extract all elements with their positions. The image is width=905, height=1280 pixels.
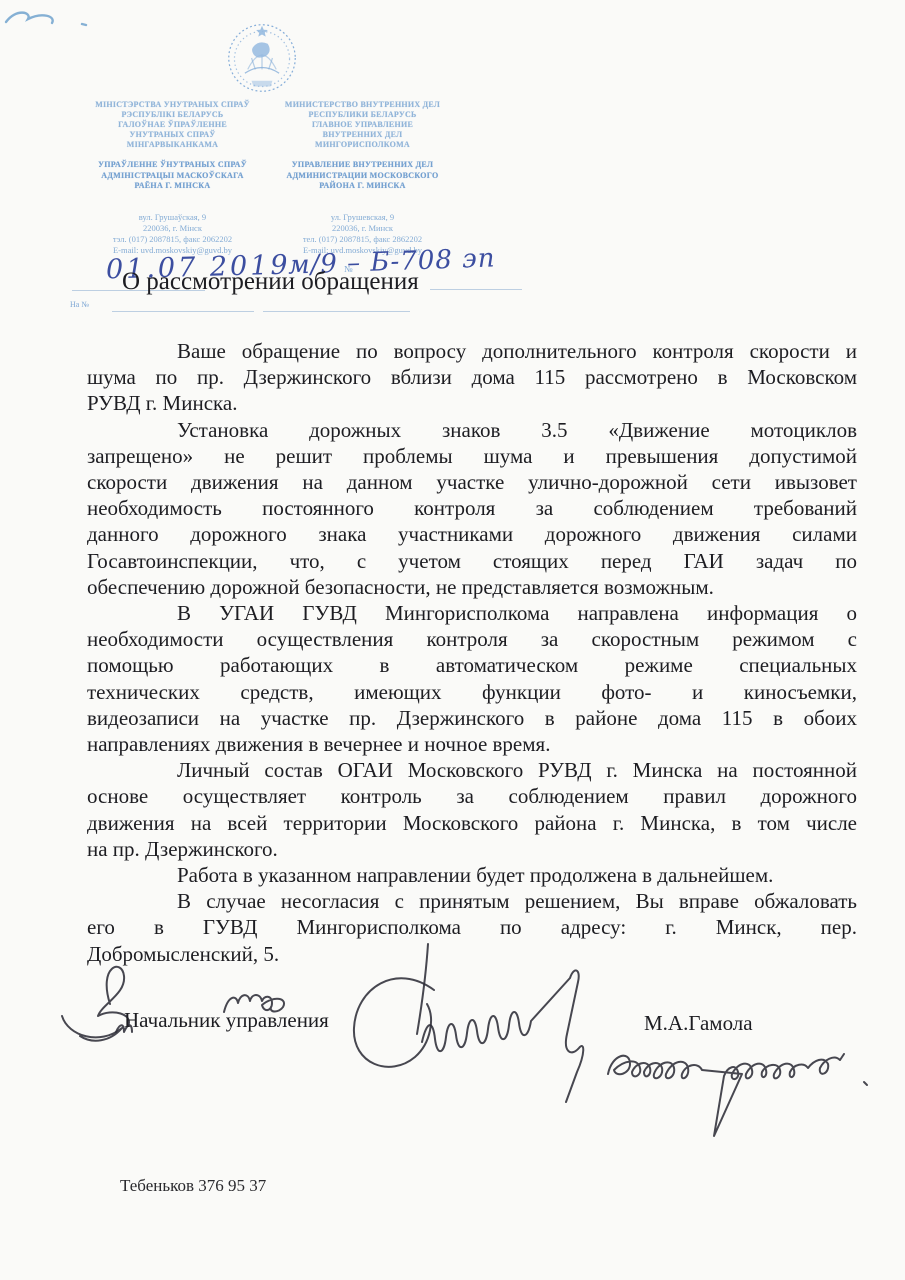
executor-contact: Тебеньков 376 95 37 [120,1176,266,1196]
body-line: Ваше обращение по вопросу дополнительног… [87,338,857,364]
letterhead-line: ГАЛОЎНАЕ ЎПРАЎЛЕННЕ [65,120,280,130]
body-line: данного дорожного знака участниками доро… [87,521,857,547]
paragraph: Личный состав ОГАИ Московского РУВД г. М… [87,757,857,862]
letterhead-line: РЭСПУБЛІКІ БЕЛАРУСЬ [65,110,280,120]
letterhead-line: 220036, г. Минск [255,223,470,234]
form-line-na-no-2 [263,311,410,312]
pencil-smudge [2,4,102,36]
letterhead-address-belarusian: вул. Грушаўская, 9220036, г. Мінсктэл. (… [65,212,280,256]
body-line: Установка дорожных знаков 3.5 «Движение … [87,417,857,443]
letterhead-line: УПРАВЛЕНИЕ ВНУТРЕННИХ ДЕЛ [255,160,470,171]
body-line: основе осуществляет контроль за соблюден… [87,783,857,809]
letterhead-ministry-belarusian: МІНІСТЭРСТВА УНУТРАНЫХ СПРАЎРЭСПУБЛІКІ Б… [65,100,280,150]
letterhead-line: АДМИНИСТРАЦИИ МОСКОВСКОГО [255,171,470,182]
body-line: движения на всей территории Московского … [87,810,857,836]
letterhead-ministry-russian: МИНИСТЕРСТВО ВНУТРЕННИХ ДЕЛРЕСПУБЛИКИ БЕ… [255,100,470,150]
letterhead-line: ул. Грушевская, 9 [255,212,470,223]
body-line: шума по пр. Дзержинского вблизи дома 115… [87,364,857,390]
letterhead-line: МІНІСТЭРСТВА УНУТРАНЫХ СПРАЎ [65,100,280,110]
body-line: обеспечению дорожной безопасности, не пр… [87,574,857,600]
form-line-number [430,289,522,290]
signer-position-title: Начальник управления [124,1008,329,1033]
handwritten-flourish-left [58,958,183,1050]
body-line: необходимость постоянного контроля за со… [87,495,857,521]
body-line: Работа в указанном направлении будет про… [87,862,857,888]
subject-line: О рассмотрении обращения [122,268,419,296]
letterhead-line: МИНГОРИСПОЛКОМА [255,140,470,150]
letterhead-line: МИНИСТЕРСТВО ВНУТРЕННИХ ДЕЛ [255,100,470,110]
signature-image [338,942,600,1110]
letterhead-line: РЕСПУБЛИКИ БЕЛАРУСЬ [255,110,470,120]
body-line: технических средств, имеющих функции фот… [87,679,857,705]
letterhead-line: ГЛАВНОЕ УПРАВЛЕНИЕ [255,120,470,130]
form-line-na-no-1 [112,311,254,312]
letterhead-line: 220036, г. Мінск [65,223,280,234]
body-line: направлениях движения в вечернее и ночно… [87,731,857,757]
paragraph: Ваше обращение по вопросу дополнительног… [87,338,857,417]
paragraph: Работа в указанном направлении будет про… [87,862,857,888]
body-line: его в ГУВД Мингорисполкома по адресу: г.… [87,914,857,940]
body-line: РУВД г. Минска. [87,390,857,416]
na-number-label: На № [70,300,89,309]
letterhead-line: МІНГАРВЫКАНКАМА [65,140,280,150]
body-line: Госавтоинспекции, что, с учетом стоящих … [87,548,857,574]
letterhead-line: вул. Грушаўская, 9 [65,212,280,223]
body-line: скорости движения на данном участке улич… [87,469,857,495]
letterhead-department-russian: УПРАВЛЕНИЕ ВНУТРЕННИХ ДЕЛАДМИНИСТРАЦИИ М… [255,160,470,192]
letterhead-line: УПРАЎЛЕННЕ ЎНУТРАНЫХ СПРАЎ [65,160,280,171]
letterhead-line: тэл. (017) 2087815, факс 2062202 [65,234,280,245]
body-line: В УГАИ ГУВД Мингорисполкома направлена и… [87,600,857,626]
body-line: В случае несогласия с принятым решением,… [87,888,857,914]
letterhead-line: тел. (017) 2087815, факс 2862202 [255,234,470,245]
letterhead-line: АДМІНІСТРАЦЫІ МАСКОЎСКАГА [65,171,280,182]
handwritten-annotation-right [602,1032,877,1150]
letterhead-department-belarusian: УПРАЎЛЕННЕ ЎНУТРАНЫХ СПРАЎАДМІНІСТРАЦЫІ … [65,160,280,192]
scanned-letter-page: МІНІСТЭРСТВА УНУТРАНЫХ СПРАЎРЭСПУБЛІКІ Б… [0,0,905,1280]
body-line: Личный состав ОГАИ Московского РУВД г. М… [87,757,857,783]
paragraph: Установка дорожных знаков 3.5 «Движение … [87,417,857,600]
letterhead-line: УНУТРАНЫХ СПРАЎ [65,130,280,140]
letterhead-line: ВНУТРЕННИХ ДЕЛ [255,130,470,140]
body-line: видеозаписи на участке пр. Дзержинского … [87,705,857,731]
body-line: запрещено» не решит проблемы шума и прев… [87,443,857,469]
letterhead-line: РАЁНА Г. МІНСКА [65,181,280,192]
body-line: на пр. Дзержинского. [87,836,857,862]
body-line: необходимости осуществления контроля за … [87,626,857,652]
body-line: помощью работающих в автоматическом режи… [87,652,857,678]
letterhead-line: РАЙОНА Г. МИНСКА [255,181,470,192]
coat-of-arms-icon [224,20,300,96]
paragraph: В УГАИ ГУВД Мингорисполкома направлена и… [87,600,857,757]
signer-name: М.А.Гамола [644,1011,753,1036]
letter-body: Ваше обращение по вопросу дополнительног… [87,338,857,967]
